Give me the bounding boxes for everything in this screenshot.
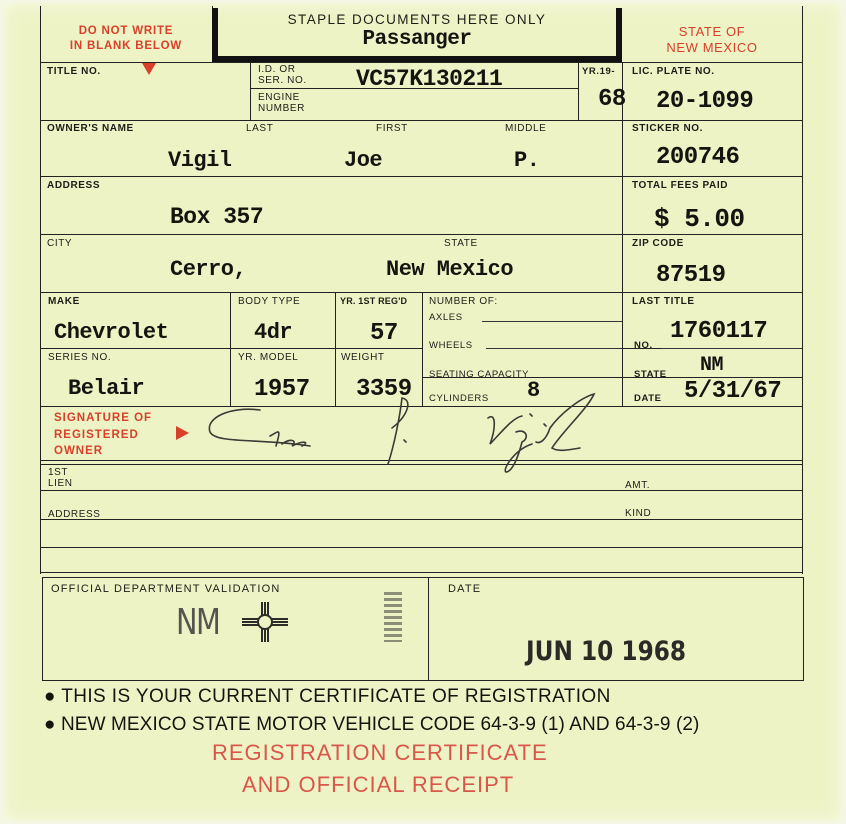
owner-middle-initial: P.	[514, 148, 539, 173]
bullet-icon: ●	[44, 714, 56, 735]
number-of-label: NUMBER OF:	[429, 296, 498, 307]
lien-address-label: ADDRESS	[48, 509, 101, 520]
receipt-title-line-2: AND OFFICIAL RECEIPT	[242, 772, 514, 798]
state-of-line-2: NEW MEXICO	[622, 40, 802, 56]
bullet-icon: ●	[44, 686, 56, 707]
nm-validation-stamp: NM	[176, 602, 219, 643]
signature-label-line-2: REGISTERED	[54, 427, 152, 444]
city-value: Cerro,	[170, 257, 246, 282]
sticker-label: STICKER NO.	[632, 123, 703, 134]
last-name-label: LAST	[246, 123, 273, 134]
make-label: MAKE	[48, 296, 80, 307]
year-model-label: YR. MODEL	[238, 352, 298, 363]
receipt-title-line-1: REGISTRATION CERTIFICATE	[212, 740, 548, 766]
staple-label: STAPLE DOCUMENTS HERE ONLY	[218, 14, 616, 25]
address-value: Box 357	[170, 204, 263, 230]
title-no-label: TITLE NO.	[47, 66, 101, 77]
fees-label: TOTAL FEES PAID	[632, 180, 728, 191]
lien-kind-label: KIND	[625, 508, 651, 519]
engine-label: ENGINE NUMBER	[258, 92, 305, 114]
owner-first-name: Joe	[344, 148, 382, 173]
body-type-value: 4dr	[254, 320, 292, 345]
id-label-line-2: SER. NO.	[258, 75, 307, 86]
arrow-right-icon	[176, 426, 189, 440]
engine-label-line-2: NUMBER	[258, 103, 305, 114]
last-title-state-label: STATE	[634, 369, 667, 380]
address-label: ADDRESS	[47, 180, 100, 191]
lien-amount-label: AMT.	[625, 480, 650, 491]
series-value: Belair	[68, 376, 144, 401]
state-value: New Mexico	[386, 257, 513, 282]
owner-signature	[200, 388, 620, 488]
notice-line-2: IN BLANK BELOW	[40, 39, 212, 54]
do-not-write-notice: DO NOT WRITE IN BLANK BELOW	[40, 24, 212, 54]
make-value: Chevrolet	[54, 320, 168, 345]
notice-line-1: DO NOT WRITE	[40, 24, 212, 39]
last-title-no-label: NO.	[634, 340, 653, 351]
last-title-date-value: 5/31/67	[684, 378, 781, 405]
middle-name-label: MIDDLE	[505, 123, 546, 134]
footer-line-2-text: NEW MEXICO STATE MOTOR VEHICLE CODE 64-3…	[61, 714, 700, 735]
zia-sun-icon	[240, 600, 290, 644]
plate-label: LIC. PLATE NO.	[632, 66, 715, 77]
arrow-down-icon	[142, 63, 156, 75]
id-serial-value: VC57K130211	[356, 66, 502, 92]
signature-label-line-1: SIGNATURE OF	[54, 410, 152, 427]
footer-line-1: ● THIS IS YOUR CURRENT CERTIFICATE OF RE…	[44, 686, 611, 708]
city-label: CITY	[47, 238, 72, 249]
body-type-label: BODY TYPE	[238, 296, 300, 307]
lien-label-line-1: 1ST	[48, 467, 73, 478]
validation-date-label: DATE	[448, 584, 481, 595]
signature-label: SIGNATURE OF REGISTERED OWNER	[54, 410, 152, 460]
lien-label: 1ST LIEN	[48, 467, 73, 489]
wheels-label: WHEELS	[429, 340, 473, 351]
vehicle-class: Passanger	[218, 28, 616, 51]
first-name-label: FIRST	[376, 123, 408, 134]
year-value: 68	[598, 86, 626, 113]
state-of-new-mexico: STATE OF NEW MEXICO	[622, 24, 802, 56]
lien-label-line-2: LIEN	[48, 478, 73, 489]
signature-label-line-3: OWNER	[54, 443, 152, 460]
owner-name-label: OWNER'S NAME	[47, 123, 134, 134]
series-label: SERIES NO.	[48, 352, 111, 363]
sticker-value: 200746	[656, 144, 739, 171]
zip-value: 87519	[656, 262, 726, 289]
partial-stamp-mark	[384, 592, 402, 642]
year-first-registered-value: 57	[370, 320, 398, 347]
engine-label-line-1: ENGINE	[258, 92, 305, 103]
zip-label: ZIP CODE	[632, 238, 684, 249]
validation-label: OFFICIAL DEPARTMENT VALIDATION	[51, 584, 281, 595]
last-title-date-label: DATE	[634, 393, 662, 404]
last-title-state-value: NM	[700, 354, 723, 377]
id-label-line-1: I.D. OR	[258, 64, 307, 75]
plate-value: 20-1099	[656, 88, 753, 115]
year-label: YR.19-	[582, 66, 615, 77]
last-title-no-value: 1760117	[670, 318, 767, 345]
seating-capacity-label: SEATING CAPACITY	[429, 369, 529, 380]
axles-label: AXLES	[429, 312, 463, 323]
id-label: I.D. OR SER. NO.	[258, 64, 307, 86]
weight-label: WEIGHT	[341, 352, 385, 363]
year-first-registered-label: YR. 1ST REG'D	[340, 296, 407, 307]
fees-value: $ 5.00	[654, 204, 745, 234]
footer-line-1-text: THIS IS YOUR CURRENT CERTIFICATE OF REGI…	[61, 686, 610, 707]
state-of-line-1: STATE OF	[622, 24, 802, 40]
footer-line-2: ● NEW MEXICO STATE MOTOR VEHICLE CODE 64…	[44, 714, 699, 736]
validation-date-stamp: JUN 10 1968	[526, 636, 686, 667]
owner-last-name: Vigil	[168, 148, 232, 173]
last-title-label: LAST TITLE	[632, 296, 695, 307]
state-label: STATE	[444, 238, 478, 249]
